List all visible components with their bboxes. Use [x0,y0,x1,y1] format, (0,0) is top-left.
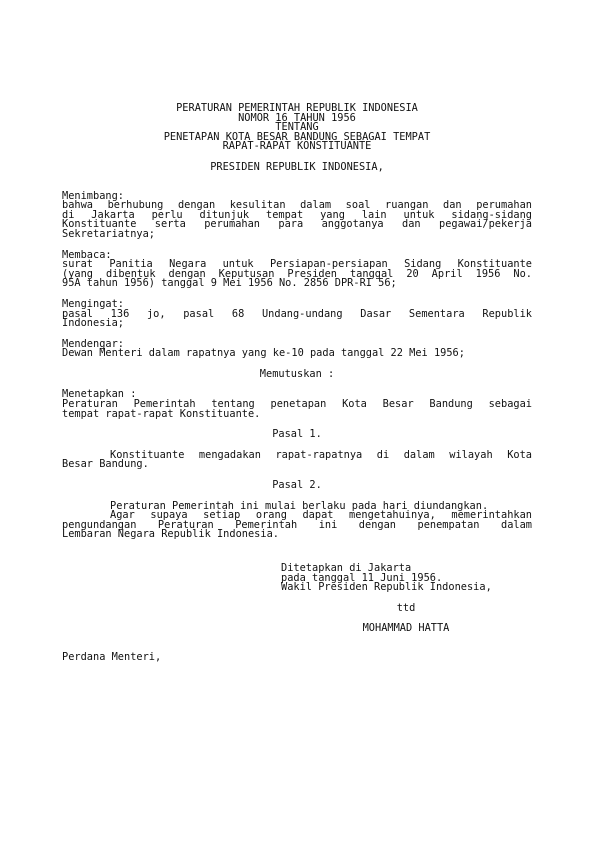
text-line: Dewan Menteri dalam rapatnya yang ke-10 … [62,349,532,359]
signature-office: Wakil Presiden Republik Indonesia, [281,583,532,593]
document-header: PERATURAN PEMERINTAH REPUBLIK INDONESIA … [62,104,532,173]
section-mendengar: Mendengar: Dewan Menteri dalam rapatnya … [62,340,532,359]
text-line: pasal 136 jo, pasal 68 Undang-undang Das… [62,310,532,320]
signature-mark-block: ttd MOHAMMAD HATTA [62,604,531,634]
pasal-1-title: Pasal 1. [62,430,532,440]
signature-ttd: ttd [281,604,531,614]
section-mengingat: Mengingat: pasal 136 jo, pasal 68 Undang… [62,300,532,329]
section-menimbang: Menimbang: bahwa berhubung dengan kesuli… [62,192,532,240]
text-line: Indonesia; [62,319,532,329]
text-line: tempat rapat-rapat Konstituante. [62,410,532,420]
text-line: 95A tahun 1956) tanggal 9 Mei 1956 No. 2… [62,279,532,289]
document-page: PERATURAN PEMERINTAH REPUBLIK INDONESIA … [62,104,532,663]
pasal-2-body: Peraturan Pemerintah ini mulai berlaku p… [62,502,532,540]
text-line: Lembaran Negara Republik Indonesia. [62,530,532,540]
text-line: Sekretariatnya; [62,230,532,240]
section-membaca: Membaca: surat Panitia Negara untuk Pers… [62,251,532,289]
pasal-1-body: Konstituante mengadakan rapat-rapatnya d… [62,451,532,470]
signatory-name: MOHAMMAD HATTA [281,624,531,634]
memutuskan-heading: Memutuskan : [62,370,532,380]
signature-block: Ditetapkan di Jakarta pada tanggal 11 Ju… [62,564,532,593]
pasal-2-title: Pasal 2. [62,481,532,491]
header-subject-line2: RAPAT-RAPAT KONSTITUANTE [62,142,532,152]
issuer: PRESIDEN REPUBLIK INDONESIA, [62,163,532,173]
section-menetapkan: Menetapkan : Peraturan Pemerintah tentan… [62,390,532,419]
perdana-menteri-label: Perdana Menteri, [62,653,532,663]
text-line: Besar Bandung. [62,460,532,470]
